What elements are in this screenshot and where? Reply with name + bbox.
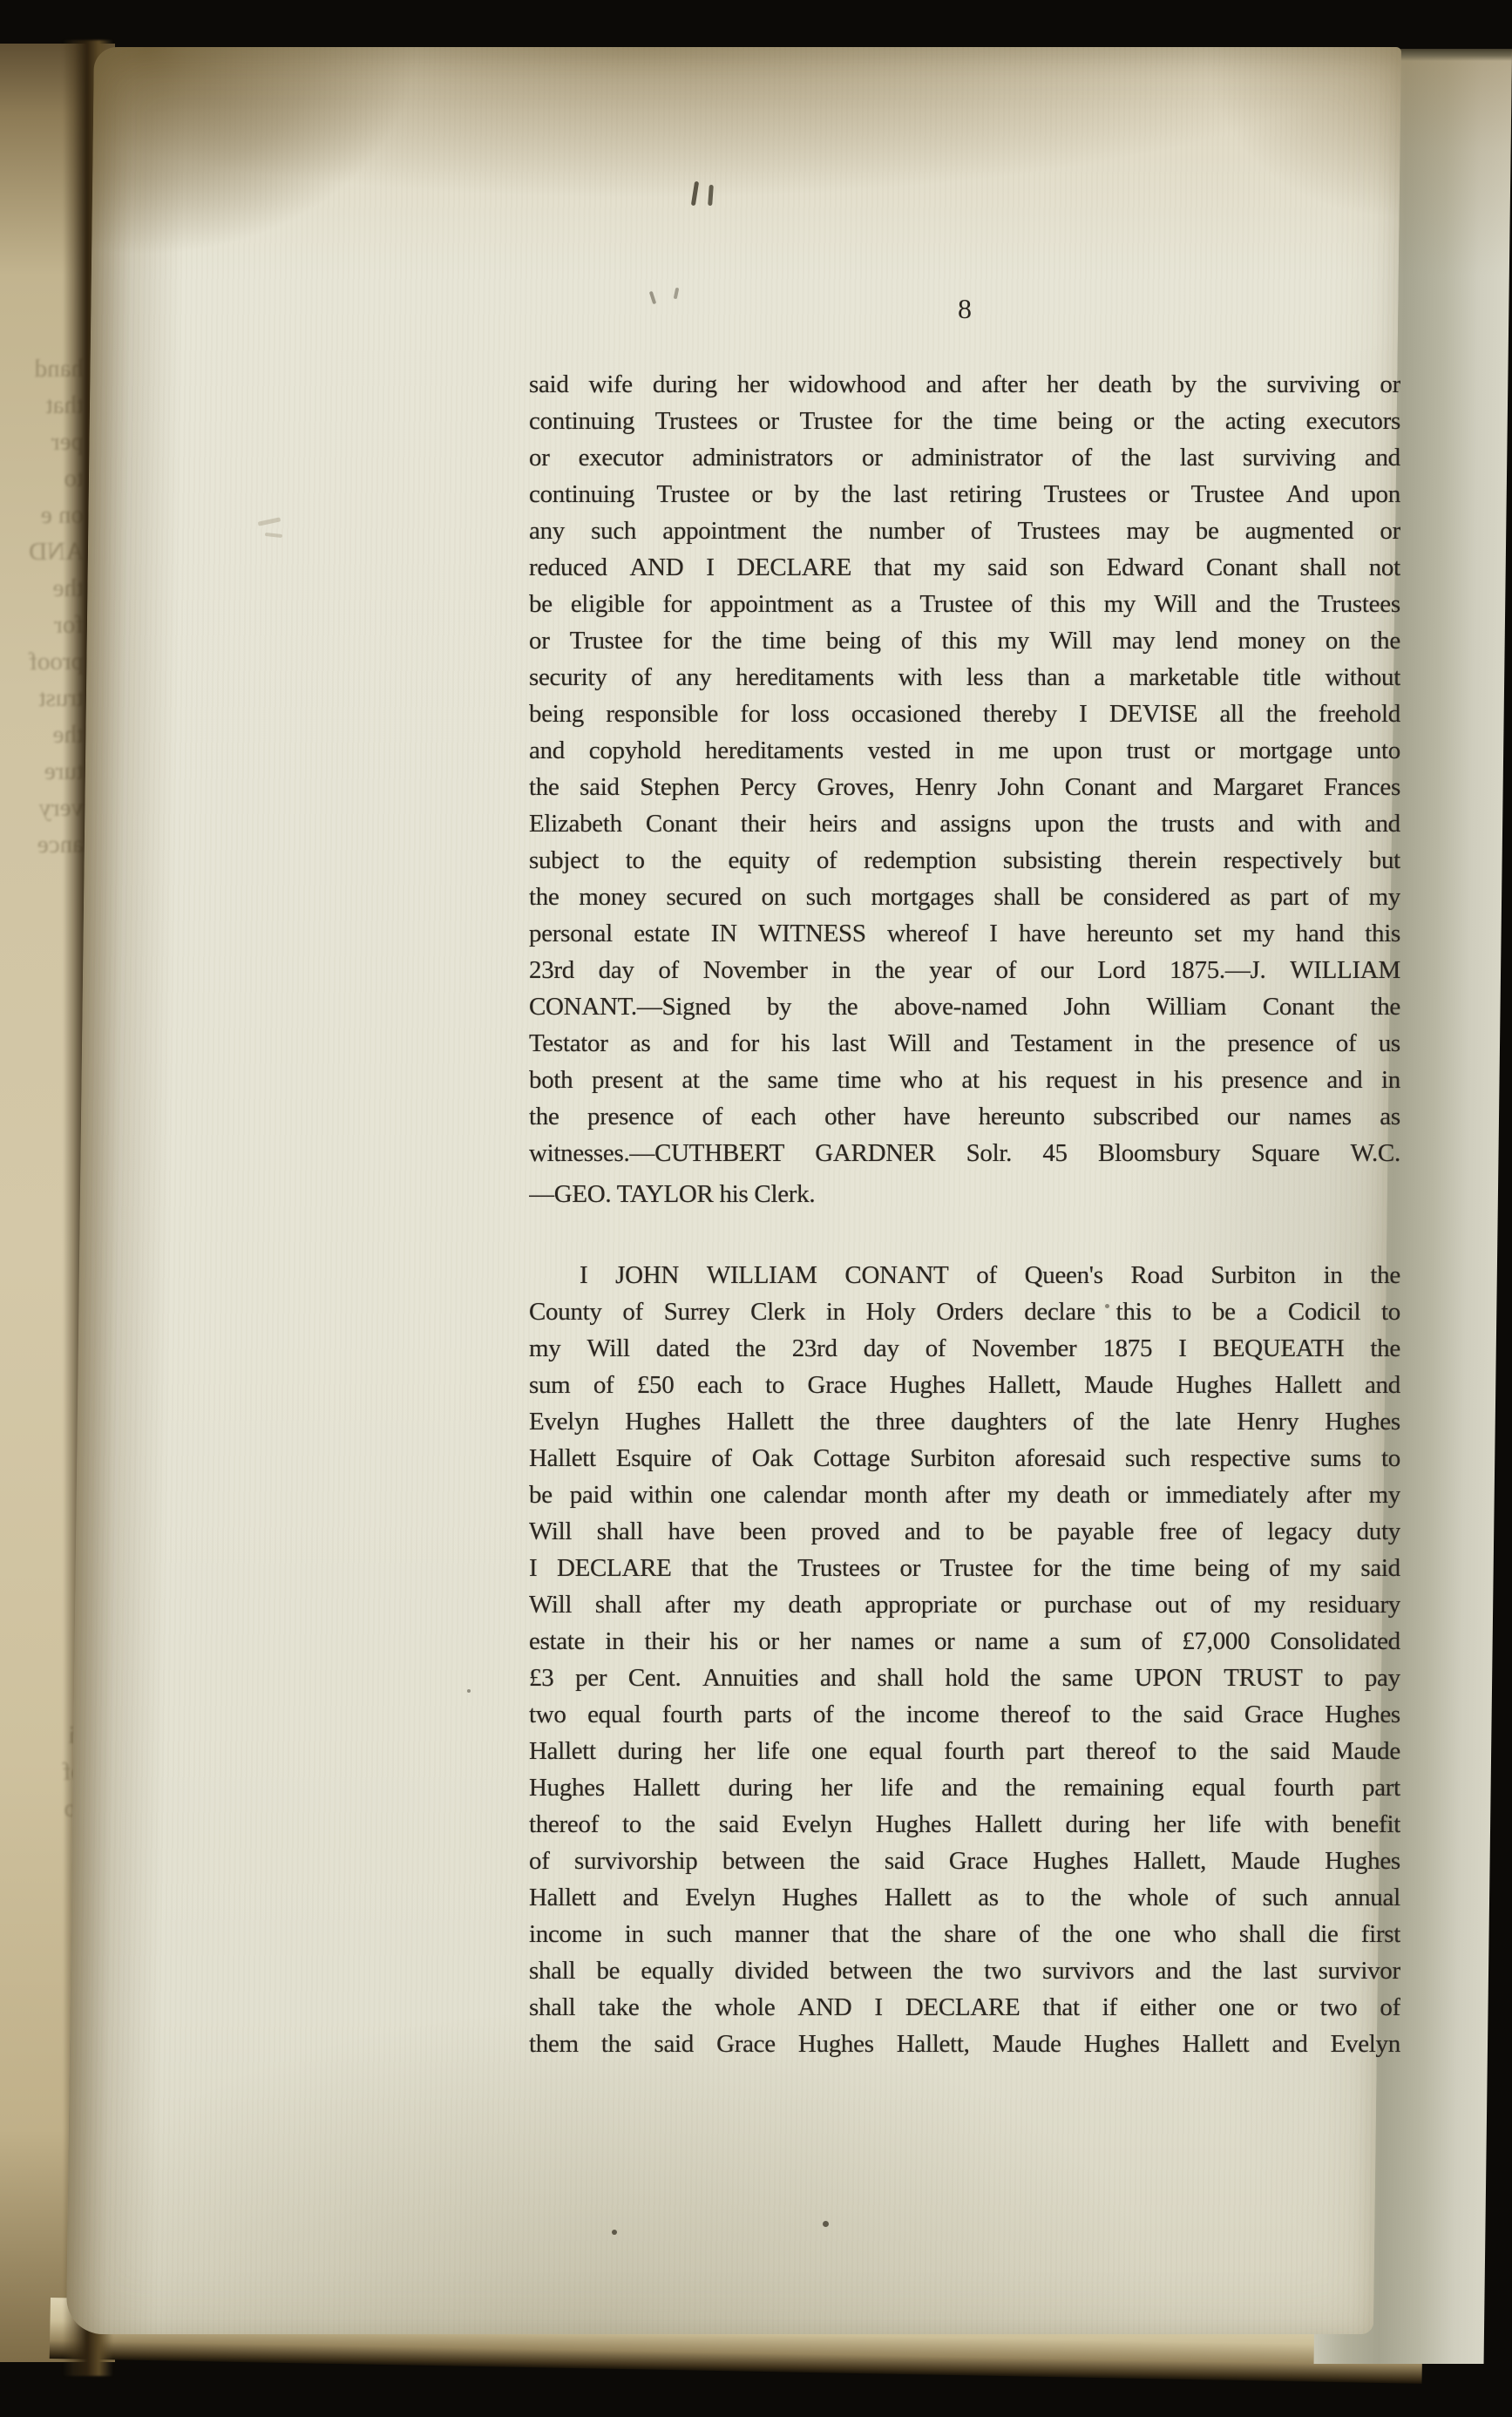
text-line: HallettandEvelynHughesHallettastothewhol… <box>529 1884 1400 1920</box>
paper-speck <box>612 2230 617 2235</box>
text-line: £3perCent.AnnuitiesandshallholdthesameUP… <box>529 1664 1400 1701</box>
text-line: securityofanyhereditamentswithlessthanam… <box>529 663 1400 700</box>
text-line: thepresenceofeachotherhavehereuntosubscr… <box>529 1103 1400 1139</box>
text-line: themoneysecuredonsuchmortgagesshallbecon… <box>529 883 1400 920</box>
text-line: andcopyholdhereditamentsvestedinmeupontr… <box>529 737 1400 773</box>
text-line: beingresponsibleforlossoccasionedthereby… <box>529 700 1400 737</box>
text-line: beeligibleforappointmentasaTrusteeofthis… <box>529 590 1400 627</box>
text-line: —GEO. TAYLOR his Clerk. <box>529 1176 1400 1212</box>
text-line: thereoftothesaidEvelynHughesHallettdurin… <box>529 1810 1400 1847</box>
text-line: bepaidwithinonecalendarmonthaftermydeath… <box>529 1481 1400 1517</box>
text-line: CountyofSurreyClerkinHolyOrdersdeclareth… <box>529 1298 1400 1334</box>
text-line: saidwifeduringherwidowhoodandafterherdea… <box>529 370 1400 407</box>
text-line: bothpresentatthesametimewhoathisrequesti… <box>529 1066 1400 1103</box>
text-line: orTrusteeforthetimebeingofthismyWillmayl… <box>529 627 1400 663</box>
text-line: HallettEsquireofOakCottageSurbitonafores… <box>529 1444 1400 1481</box>
text-line: witnesses.—CUTHBERTGARDNERSolr.45Bloomsb… <box>529 1139 1400 1176</box>
page-number: 8 <box>529 293 1400 325</box>
text-line: sumof£50eachtoGraceHughesHallett,MaudeHu… <box>529 1371 1400 1408</box>
paragraph-gap <box>529 1212 1400 1261</box>
text-line: HughesHallettduringherlifeandtheremainin… <box>529 1774 1400 1810</box>
text-line: subjecttotheequityofredemptionsubsisting… <box>529 846 1400 883</box>
text-line: Hallettduringherlifeoneequalfourthpartth… <box>529 1737 1400 1774</box>
text-line: myWilldatedthe23rddayofNovember1875IBEQU… <box>529 1334 1400 1371</box>
paper-speck <box>467 1689 471 1693</box>
text-line: continuingTrusteeorbythelastretiringTrus… <box>529 480 1400 517</box>
text-line: EvelynHughesHallettthethreedaughtersofth… <box>529 1408 1400 1444</box>
text-line: estateintheirhisorhernamesornameasumof£7… <box>529 1627 1400 1664</box>
text-line: twoequalfourthpartsoftheincomethereoftot… <box>529 1701 1400 1737</box>
text-line: 23rddayofNovemberintheyearofourLord1875.… <box>529 956 1400 993</box>
text-line: anysuchappointmentthenumberofTrusteesmay… <box>529 517 1400 553</box>
text-line: ElizabethConanttheirheirsandassignsupont… <box>529 810 1400 846</box>
text-line: CONANT.—Signedbytheabove-namedJohnWillia… <box>529 993 1400 1029</box>
paper-speck <box>1105 1304 1109 1308</box>
text-line: orexecutoradministratorsoradministratoro… <box>529 444 1400 480</box>
book-photo: handthatpertoon eANDtheforprooftrustthet… <box>0 0 1512 2417</box>
text-line: TestatorasandforhislastWillandTestamenti… <box>529 1029 1400 1066</box>
text-line: IJOHNWILLIAMCONANTofQueen'sRoadSurbitoni… <box>529 1261 1400 1298</box>
text-line: continuingTrusteesorTrusteeforthetimebei… <box>529 407 1400 444</box>
text-line: Willshallhavebeenprovedandtobepayablefre… <box>529 1517 1400 1554</box>
text-line: reducedANDIDECLAREthatmysaidsonEdwardCon… <box>529 553 1400 590</box>
text-line: shallbeequallydividedbetweenthetwosurviv… <box>529 1957 1400 1993</box>
text-line: Willshallaftermydeathappropriateorpurcha… <box>529 1591 1400 1627</box>
text-line: personalestateINWITNESSwhereofIhavehereu… <box>529 920 1400 956</box>
text-line: themthesaidGraceHughesHallett,MaudeHughe… <box>529 2030 1400 2067</box>
text-line: shalltakethewholeANDIDECLAREthatifeither… <box>529 1993 1400 2030</box>
text-line: ofsurvivorshipbetweenthesaidGraceHughesH… <box>529 1847 1400 1884</box>
paper-speck <box>823 2221 829 2227</box>
page-text: saidwifeduringherwidowhoodandafterherdea… <box>529 370 1400 2105</box>
text-line: incomeinsuchmannerthattheshareoftheonewh… <box>529 1920 1400 1957</box>
text-line: IDECLAREthattheTrusteesorTrusteefortheti… <box>529 1554 1400 1591</box>
text-line: thesaidStephenPercyGroves,HenryJohnConan… <box>529 773 1400 810</box>
